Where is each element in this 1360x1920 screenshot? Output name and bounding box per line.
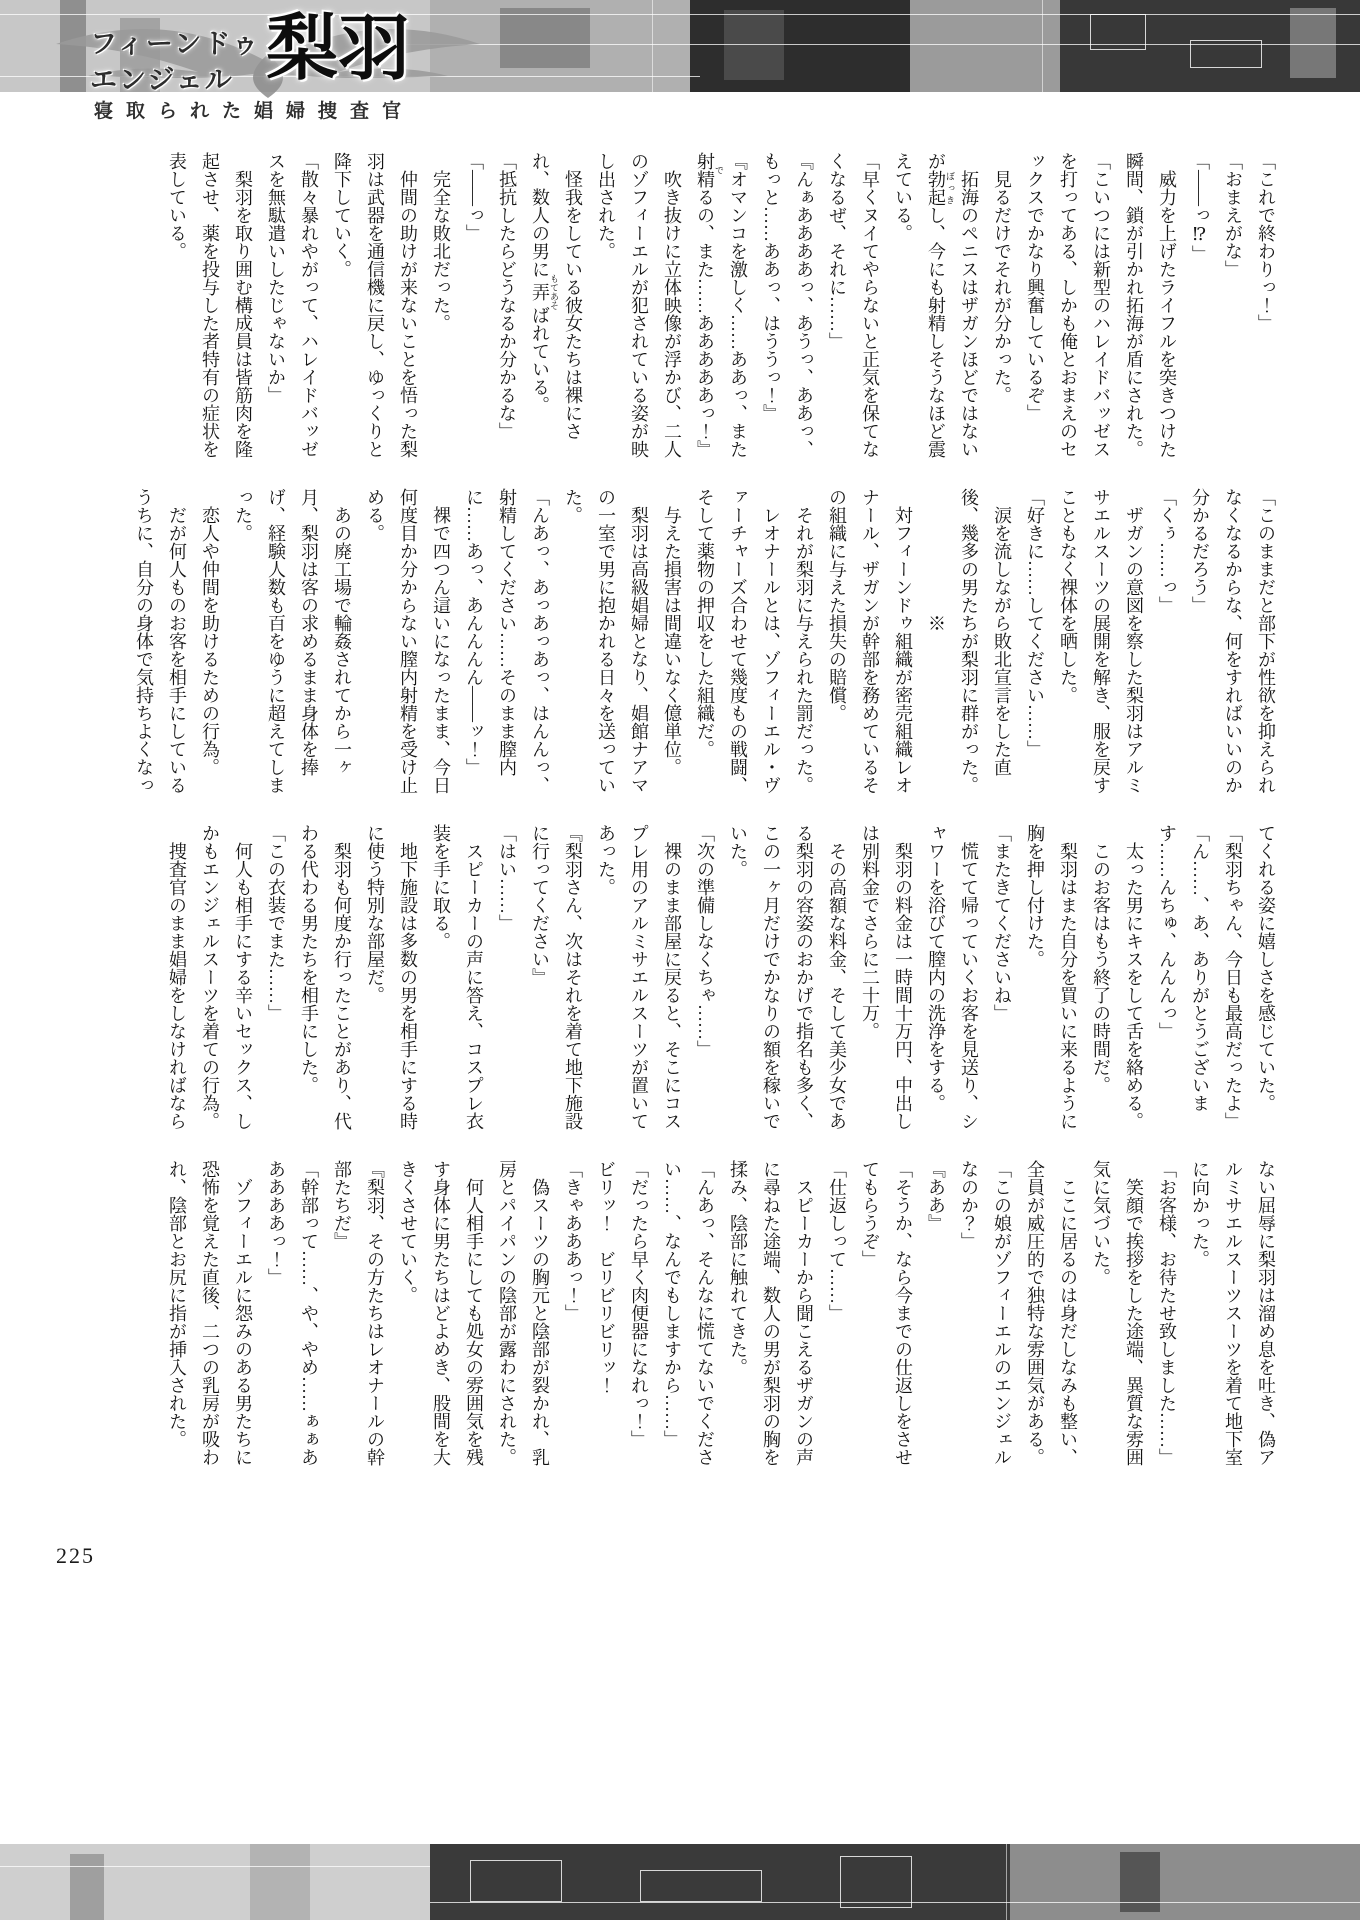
text-line: 完全な敗北だった。 xyxy=(424,152,457,458)
text-line: 裸のまま部屋に戻ると、そこにコスプレ用のアルミサエルスーツが置いてあった。 xyxy=(589,824,688,1130)
text-line: 「幹部って……、や、やめ……ぁぁあああああっ！」 xyxy=(259,1160,325,1466)
text-line: 「おまえがな」 xyxy=(1216,152,1249,458)
collage-line xyxy=(380,44,1360,45)
text-line: 「こいつには新型のハレイドバッゼスを打ってある、しかも俺とおまえのセックスでかな… xyxy=(1018,152,1117,458)
title-main: 梨羽 xyxy=(266,10,410,89)
text-line: 「このままだと部下が性欲を抑えられなくなるからな、何をすればいいのか分かるだろう… xyxy=(1183,488,1282,794)
text-line: 梨羽はまた自分を買いに来るように胸を押し付けた。 xyxy=(1018,824,1084,1130)
text-line: 偽スーツの胸元と陰部が裂かれ、乳房とパイパンの陰部が露わにされた。 xyxy=(490,1160,556,1466)
text-line: 「散々暴れやがって、ハレイドバッゼスを無駄遣いしたじゃないか」 xyxy=(259,152,325,458)
text-line: てくれる姿に嬉しさを感じていた。 xyxy=(1249,824,1282,1130)
collage-line xyxy=(1006,1844,1007,1920)
text-line: 太った男にキスをして舌を絡める。 xyxy=(1117,824,1150,1130)
text-line: 「これで終わりっ！」 xyxy=(1249,152,1282,458)
text-line: ゾフィーエルに怨みのある男たちに恐怖を覚えた直後、二つの乳房が吸われ、陰部とお尻… xyxy=(160,1160,259,1466)
text-line: 涙を流しながら敗北宣言をした直後、幾多の男たちが梨羽に群がった。 xyxy=(952,488,1018,794)
text-line: 仲間の助けが来ないことを悟った梨羽は武器を通信機に戻し、ゆっくりと降下していく。 xyxy=(325,152,424,458)
text-line: スピーカーの声に答え、コスプレ衣装を手に取る。 xyxy=(424,824,490,1130)
text-line: だが何人ものお客を相手にしているうちに、自分の身体で気持ちよくなっ xyxy=(127,488,193,794)
text-line: このお客はもう終了の時間だ。 xyxy=(1084,824,1117,1130)
text-line: レオナールとは、ゾフィーエル・ヴァーチャーズ合わせて幾度もの戦闘、そして薬物の押… xyxy=(688,488,787,794)
text-line: 何人相手にしても処女の雰囲気を残す身体に男たちはどよめき、股間を大きくさせていく… xyxy=(391,1160,490,1466)
collage-block xyxy=(1120,1852,1160,1912)
text-line: ない屈辱に梨羽は溜め息を吐き、偽アルミサエルスーツスーツを着て地下室に向かった。 xyxy=(1183,1160,1282,1466)
collage-block xyxy=(250,1844,310,1920)
collage-outline xyxy=(640,1870,762,1902)
text-line: 恋人や仲間を助けるための行為。 xyxy=(193,488,226,794)
text-line: 「んあっ、あっあっあっ、はんんっ、射精してください……そのまま膣内に……あっ、あ… xyxy=(457,488,556,794)
text-line: 与えた損害は間違いなく億単位。 xyxy=(655,488,688,794)
collage-block xyxy=(70,1854,104,1920)
text-line: 慌てて帰っていくお客を見送り、シャワーを浴びて膣内の洗浄をする。 xyxy=(919,824,985,1130)
text-line: 『ああ』 xyxy=(919,1160,952,1466)
text-line: 「この娘がゾフィーエルのエンジェルなのか？」 xyxy=(952,1160,1018,1466)
text-line: 「だったら早く肉便器になれっ！」 xyxy=(622,1160,655,1466)
text-line: ここに居るのは身だしなみも整い、全員が威圧的で独特な雰囲気がある。 xyxy=(1018,1160,1084,1466)
text-line: 「くぅ……っ」 xyxy=(1150,488,1183,794)
text-line: 「好きに……してください……」 xyxy=(1018,488,1051,794)
collage-line xyxy=(652,0,653,92)
text-line: 「次の準備しなくちゃ……」 xyxy=(688,824,721,1130)
text-line: 「この衣装でまた……」 xyxy=(259,824,292,1130)
title-reading-line1: フィーンドゥ xyxy=(90,22,261,61)
text-line: 「――っ⁉」 xyxy=(1183,152,1216,458)
text-line: あの廃工場で輪姦されてから一ヶ月、梨羽は客の求めるまま身体を捧げ、経験人数も百を… xyxy=(226,488,358,794)
collage-block xyxy=(500,8,590,68)
text-line: 笑顔で挨拶をした途端、異質な雰囲気に気づいた。 xyxy=(1084,1160,1150,1466)
book-page: フィーンドゥ エンジェル 梨羽 寝取られた娼婦捜査官 「これで終わりっ！」「おま… xyxy=(0,0,1360,1920)
text-line: 怪我をしている彼女たちは裸にされ、数人の男に弄もてあそばれている。 xyxy=(523,152,589,458)
collage-block xyxy=(724,10,784,80)
title-reading-line2: エンジェル xyxy=(90,58,234,97)
text-line: 拓海のペニスはザガンほどではないが勃起ぼっきし、今にも射精しそうなほど震えている… xyxy=(886,152,985,458)
text-line: 威力を上げたライフルを突きつけた瞬間、鎖が引かれ拓海が盾にされた。 xyxy=(1117,152,1183,458)
text-line: 『梨羽さん、次はそれを着て地下施設に行ってください』 xyxy=(523,824,589,1130)
collage-block xyxy=(1290,8,1336,78)
collage-outline xyxy=(470,1860,562,1902)
text-line: 対フィーンドゥ組織が密売組織レオナール、ザガンが幹部を務めているその組織に与えた… xyxy=(820,488,919,794)
text-line: 何人も相手にする辛いセックス、しかもエンジェルスーツを着ての行為。 xyxy=(193,824,259,1130)
text-line: ※ xyxy=(919,488,952,794)
text-line: 『梨羽、その方たちはレオナールの幹部たちだ』 xyxy=(325,1160,391,1466)
collage-line xyxy=(1042,0,1043,92)
collage-block xyxy=(0,1844,430,1920)
text-line: 「きゃあああっ！」 xyxy=(556,1160,589,1466)
text-line: 「早くヌイてやらないと正気を保てなくなるぜ、それに……」 xyxy=(820,152,886,458)
text-line: 裸で四つん這いになったまま、今日何度目か分からない膣内射精を受け止める。 xyxy=(358,488,457,794)
text-line: 『オマンコを激しく……ああっ、また射精でるの、また……あああああっ！』 xyxy=(688,152,754,458)
text-line: 「梨羽ちゃん、今日も最高だったよ」 xyxy=(1216,824,1249,1130)
text-line: スピーカーから聞こえるザガンの声に尋ねた途端、数人の男が梨羽の胸を揉み、陰部に触… xyxy=(721,1160,820,1466)
text-line: 「お客様、お待たせ致しました……」 xyxy=(1150,1160,1183,1466)
text-band-3: てくれる姿に嬉しさを感じていた。「梨羽ちゃん、今日も最高だったよ」「ん……、あ、… xyxy=(66,824,1282,1130)
text-line: 見るだけでそれが分かった。 xyxy=(985,152,1018,458)
text-line: ザガンの意図を察した梨羽はアルミサエルスーツの展開を解き、服を戻すこともなく裸体… xyxy=(1051,488,1150,794)
text-band-1: 「これで終わりっ！」「おまえがな」「――っ⁉」 威力を上げたライフルを突きつけた… xyxy=(66,152,1282,458)
text-line: 「ん……、あ、ありがとうございます……んちゅ、んんんっ」 xyxy=(1150,824,1216,1130)
text-line: 「はい……」 xyxy=(490,824,523,1130)
text-band-4: ない屈辱に梨羽は溜め息を吐き、偽アルミサエルスーツスーツを着て地下室に向かった。… xyxy=(66,1160,1282,1466)
text-line: 『んぁああああっ、あうっ、ああっ、もっと……ああっ、はううっ！』 xyxy=(754,152,820,458)
footer-collage xyxy=(0,1844,1360,1920)
text-line: 梨羽の料金は一時間十万円、中出しは別料金でさらに二十万。 xyxy=(853,824,919,1130)
text-line: 梨羽は高級娼婦となり、娼館ナアマの一室で男に抱かれる日々を送っていた。 xyxy=(556,488,655,794)
text-line: その高額な料金、そして美少女である梨羽の容姿のおかげで指名も多く、この一ヶ月だけ… xyxy=(721,824,853,1130)
text-line: 「んあっ、そんなに慌てないでください……、なんでもしますから……」 xyxy=(655,1160,721,1466)
text-line: 吹き抜けに立体映像が浮かび、二人のゾフィーエルが犯されている姿が映し出された。 xyxy=(589,152,688,458)
text-line: 「――っ」 xyxy=(457,152,490,458)
text-line: 梨羽を取り囲む構成員は皆筋肉を隆起させ、薬を投与した者特有の症状を表している。 xyxy=(160,152,259,458)
text-line: 「抵抗したらどうなるか分かるな」 xyxy=(490,152,523,458)
text-line: 「そうか、なら今までの仕返しをさせてもらうぞ」 xyxy=(853,1160,919,1466)
text-line: 捜査官のまま娼婦をしなければなら xyxy=(160,824,193,1130)
text-line: 地下施設は多数の男を相手にする時に使う特別な部屋だ。 xyxy=(358,824,424,1130)
text-line: 「仕返しって……」 xyxy=(820,1160,853,1466)
text-band-2: 「このままだと部下が性欲を抑えられなくなるからな、何をすればいいのか分かるだろう… xyxy=(66,488,1282,794)
collage-outline xyxy=(840,1856,912,1908)
collage-block xyxy=(1010,1844,1360,1920)
text-line: それが梨羽に与えられた罰だった。 xyxy=(787,488,820,794)
collage-line xyxy=(0,1866,430,1867)
text-line: ビリッ！ ビリビリビリッ！ xyxy=(589,1160,622,1466)
text-line: 梨羽も何度か行ったことがあり、代わる代わる男たちを相手にした。 xyxy=(292,824,358,1130)
text-line: 「またきてくださいね」 xyxy=(985,824,1018,1130)
page-number: 225 xyxy=(56,1543,95,1569)
subtitle: 寝取られた娼婦捜査官 xyxy=(94,96,414,123)
collage-line xyxy=(430,1902,1360,1903)
